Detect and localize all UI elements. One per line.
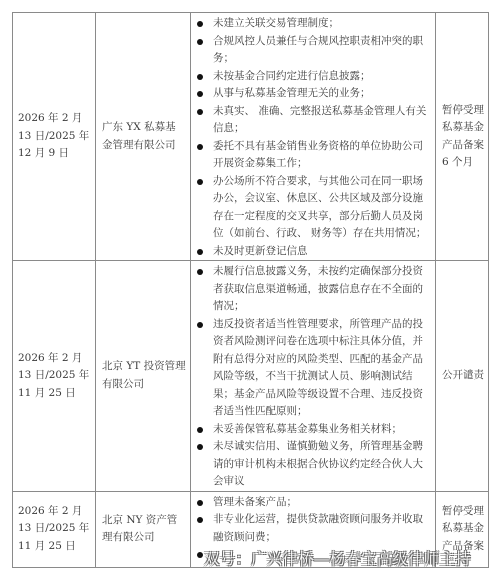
- penalty-table: 2026 年 2 月 13 日/2025 年 12 月 9 日 广东 YX 私募…: [12, 12, 489, 568]
- issue-item: 管理未备案产品；: [191, 494, 431, 512]
- organization-cell: 广东 YX 私募基金管理有限公司: [96, 13, 191, 261]
- organization-cell: 北京 YT 投资管理有限公司: [96, 261, 191, 492]
- penalty-cell: 暂停受理私募基金产品备案6 个月: [436, 13, 489, 261]
- issue-item: 未及时更新登记信息: [191, 243, 431, 261]
- issue-item: 从事与私募基金管理无关的业务；: [191, 85, 431, 103]
- issue-item: 合规风控人员兼任与合规风控职责相冲突的职务；: [191, 33, 431, 68]
- issue-item: 未建立关联交易管理制度；: [191, 15, 431, 33]
- issue-item: 未尽诚实信用、谨慎勤勉义务，所管理基金聘请的审计机构未根据合伙协议约定经合伙人大…: [191, 438, 431, 491]
- issue-item: 委托不具有基金销售业务资格的单位协助公司开展资金募集工作；: [191, 138, 431, 173]
- issue-list: 未建立关联交易管理制度； 合规风控人员兼任与合规风控职责相冲突的职务； 未按基金…: [191, 15, 431, 260]
- penalty-cell: 公开谴责: [436, 261, 489, 492]
- table-row: 2026 年 2 月 13 日/2025 年 11 月 25 日 北京 YT 投…: [13, 261, 489, 492]
- issue-item: 非专业化运营，提供贷款融资顾问服务并收取融资顾问费；: [191, 511, 431, 546]
- issue-item: 未按基金合同约定进行信息披露；: [191, 68, 431, 86]
- date-cell: 2026 年 2 月 13 日/2025 年 11 月 25 日: [13, 491, 96, 567]
- date-cell: 2026 年 2 月 13 日/2025 年 11 月 25 日: [13, 261, 96, 492]
- issues-cell: 未建立关联交易管理制度； 合规风控人员兼任与合规风控职责相冲突的职务； 未按基金…: [191, 13, 436, 261]
- issues-cell: 未履行信息披露义务，未按约定确保部分投资者获取信息渠道畅通，披露信息存在不全面的…: [191, 261, 436, 492]
- issue-item: 未妥善保管私募基金募集业务相关材料；: [191, 421, 431, 439]
- issue-item: 办公场所不符合要求，与其他公司在同一职场办公，会议室、休息区、公共区域及部分设施…: [191, 173, 431, 243]
- issue-list: 管理未备案产品； 非专业化运营，提供贷款融资顾问服务并收取融资顾问费；: [191, 494, 431, 547]
- table-row: 2026 年 2 月 13 日/2025 年 12 月 9 日 广东 YX 私募…: [13, 13, 489, 261]
- date-cell: 2026 年 2 月 13 日/2025 年 12 月 9 日: [13, 13, 96, 261]
- watermark-text: 双号：广兴律桥—杨春宝高级律师主持: [204, 547, 471, 569]
- issue-item: 未履行信息披露义务，未按约定确保部分投资者获取信息渠道畅通，披露信息存在不全面的…: [191, 263, 431, 316]
- issue-item: 违反投资者适当性管理要求，所管理产品的投资者风险测评问卷在选项中标注具体分值，并…: [191, 316, 431, 421]
- organization-cell: 北京 NY 资产管理有限公司: [96, 491, 191, 567]
- issue-list: 未履行信息披露义务，未按约定确保部分投资者获取信息渠道畅通，披露信息存在不全面的…: [191, 263, 431, 491]
- issue-item: 未真实、 准确、完整报送私募基金管理人有关信息；: [191, 103, 431, 138]
